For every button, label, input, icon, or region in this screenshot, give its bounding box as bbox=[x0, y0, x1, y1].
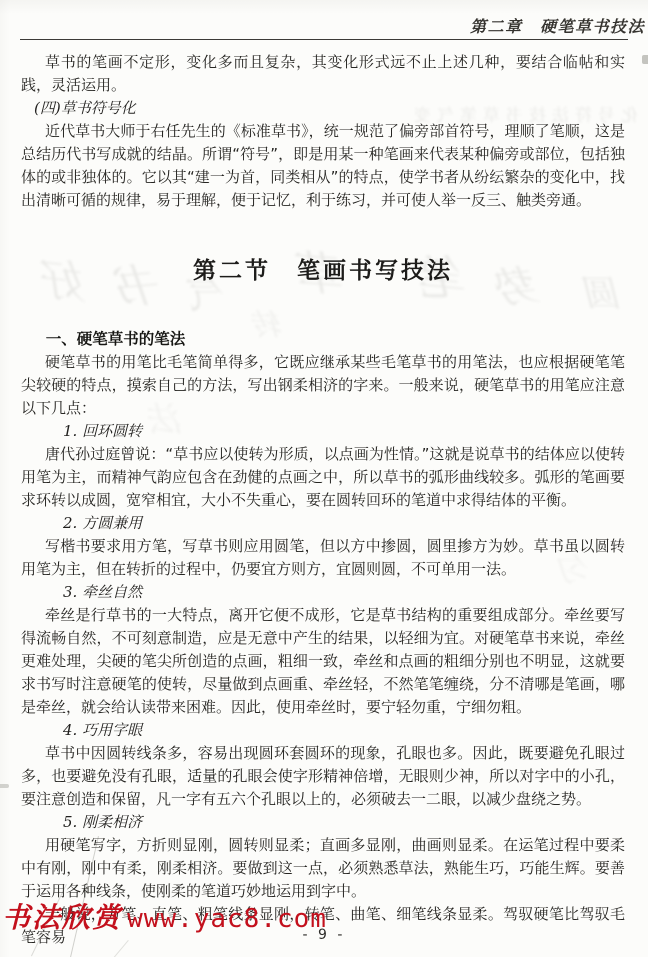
item-heading-1: 1. 回环圆转 bbox=[21, 420, 625, 443]
paragraph-bifa-lead: 硬笔草书的用笔比毛笔简单得多，它既应继承某些毛笔草书的用笔法，也应根据硬笔笔尖较… bbox=[21, 351, 625, 420]
subsection-title-bifa: 一、硬笔草书的笔法 bbox=[21, 328, 625, 351]
item-heading-4: 4. 巧用字眼 bbox=[21, 719, 625, 742]
running-header: 第二章 硬笔草书技法 bbox=[21, 14, 645, 37]
item-body-4: 草书中因圆转线条多，容易出现圆环套圆环的现象，孔眼也多。因此，既要避免孔眼过多，… bbox=[21, 742, 625, 811]
item-heading-5: 5. 刚柔相济 bbox=[21, 811, 625, 834]
header-rule bbox=[20, 39, 628, 40]
watermark-site-name: 书法欣赏 bbox=[2, 901, 122, 934]
paragraph-symbolization: 近代草书大师于右任先生的《标准草书》，统一规范了偏旁部首符号，理顺了笔顺，这是总… bbox=[21, 120, 625, 212]
site-watermark: 书法欣赏 www.yac8.com bbox=[2, 896, 327, 936]
subheading-four-symbolization: (四)草书符号化 bbox=[21, 97, 625, 120]
page-body: 草书的笔画不定形，变化多而且复杂，其变化形式远不止上述几种，要结合临帖和实践，灵… bbox=[21, 51, 625, 949]
item-body-1: 唐代孙过庭曾说：“草书应以使转为形质，以点画为性情。”这就是说草书的结体应以使转… bbox=[21, 443, 625, 512]
item-heading-2: 2. 方圆兼用 bbox=[21, 512, 625, 535]
item-body-5: 用硬笔写字，方折则显刚，圆转则显柔；直画多显刚，曲画则显柔。在运笔过程中要柔中有… bbox=[21, 834, 625, 903]
paragraph-stroke-wrapup: 草书的笔画不定形，变化多而且复杂，其变化形式远不止上述几种，要结合临帖和实践，灵… bbox=[21, 51, 625, 97]
item-heading-3: 3. 牵丝自然 bbox=[21, 581, 625, 604]
item-body-3: 牵丝是行草书的一大特点，离开它便不成形，它是草书结构的重要组成部分。牵丝要写得流… bbox=[21, 604, 625, 719]
watermark-url: www.yac8.com bbox=[127, 904, 327, 934]
item-body-2: 写楷书要求用方笔，写草书则应用圆笔，但以方中掺圆，圆里掺方为妙。草书虽以圆转用笔… bbox=[21, 535, 625, 581]
section-title: 第二节 笔画书写技法 bbox=[21, 256, 625, 286]
